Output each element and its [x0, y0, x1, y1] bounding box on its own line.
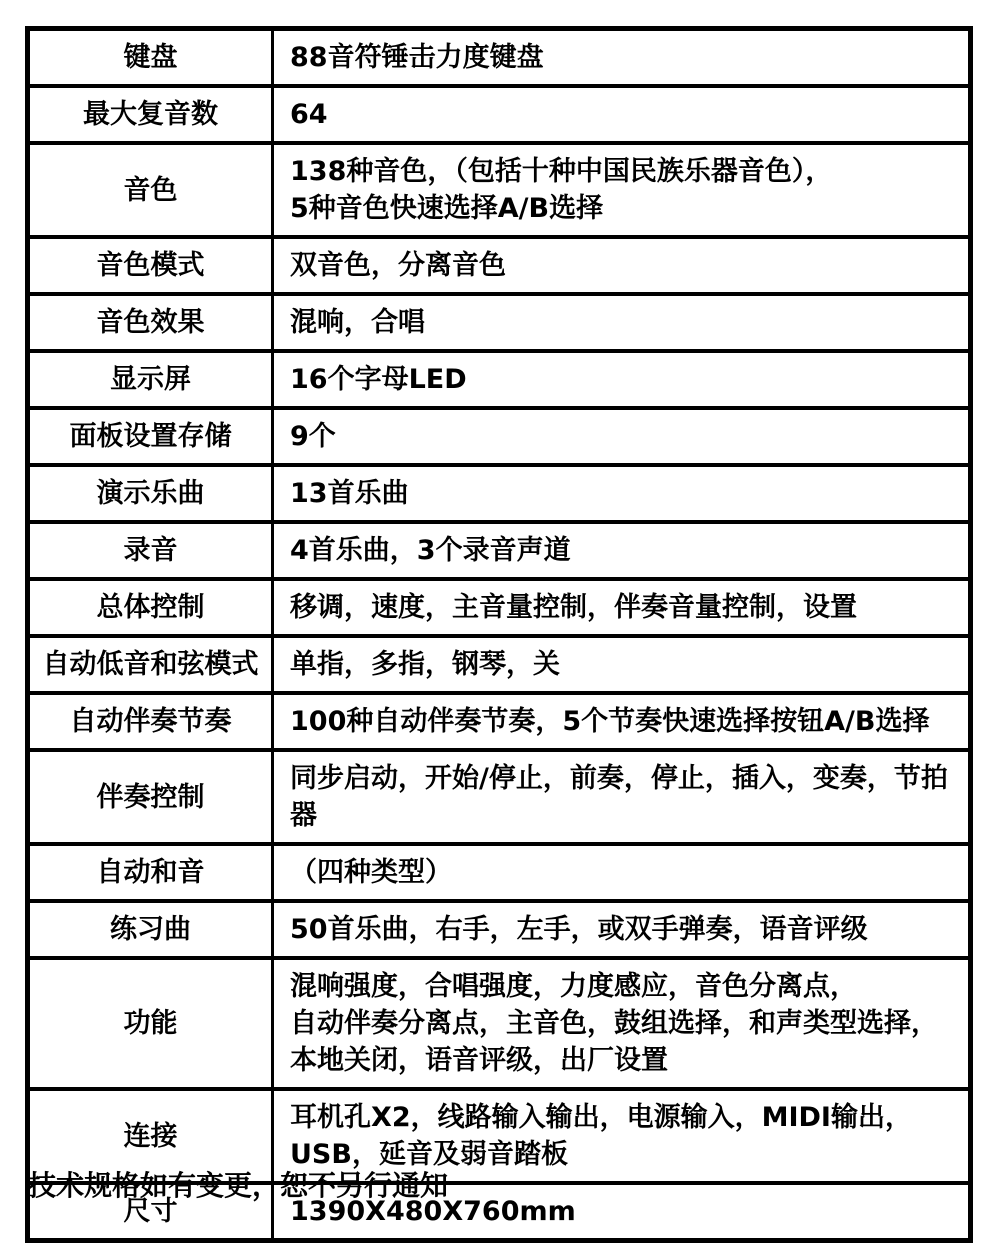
spec-value: 88音符锤击力度键盘 [273, 29, 971, 87]
spec-value: 100种自动伴奏节奏，5个节奏快速选择按钮A/B选择 [273, 693, 971, 750]
spec-value: 9个 [273, 408, 971, 465]
spec-sheet-page: 键盘 88音符锤击力度键盘 最大复音数 64 音色 138种音色，（包括十种中国… [0, 0, 1000, 1251]
table-row: 录音 4首乐曲，3个录音声道 [28, 522, 971, 579]
spec-label: 键盘 [28, 29, 273, 87]
table-row: 练习曲 50首乐曲，右手，左手，或双手弹奏，语音评级 [28, 901, 971, 958]
spec-value: 混响，合唱 [273, 294, 971, 351]
spec-label: 演示乐曲 [28, 465, 273, 522]
spec-label: 音色效果 [28, 294, 273, 351]
spec-label: 功能 [28, 958, 273, 1089]
spec-value: 13首乐曲 [273, 465, 971, 522]
spec-value: （四种类型） [273, 844, 971, 901]
spec-label: 练习曲 [28, 901, 273, 958]
table-row: 最大复音数 64 [28, 86, 971, 143]
spec-value: 4首乐曲，3个录音声道 [273, 522, 971, 579]
spec-value: 50首乐曲，右手，左手，或双手弹奏，语音评级 [273, 901, 971, 958]
spec-value: 双音色，分离音色 [273, 237, 971, 294]
footer-note: 技术规格如有变更，恕不另行通知 [28, 1168, 448, 1204]
table-row: 自动和音 （四种类型） [28, 844, 971, 901]
table-row: 总体控制 移调，速度，主音量控制，伴奏音量控制，设置 [28, 579, 971, 636]
spec-value: 移调，速度，主音量控制，伴奏音量控制，设置 [273, 579, 971, 636]
table-row: 音色模式 双音色，分离音色 [28, 237, 971, 294]
spec-label: 音色 [28, 143, 273, 237]
table-row: 音色 138种音色，（包括十种中国民族乐器音色）， 5种音色快速选择A/B选择 [28, 143, 971, 237]
spec-label: 自动伴奏节奏 [28, 693, 273, 750]
table-row: 自动低音和弦模式 单指，多指，钢琴，关 [28, 636, 971, 693]
spec-value: 单指，多指，钢琴，关 [273, 636, 971, 693]
spec-label: 伴奏控制 [28, 750, 273, 844]
table-row: 音色效果 混响，合唱 [28, 294, 971, 351]
table-row: 伴奏控制 同步启动，开始/停止，前奏，停止，插入，变奏，节拍器 [28, 750, 971, 844]
spec-label: 自动和音 [28, 844, 273, 901]
table-row: 演示乐曲 13首乐曲 [28, 465, 971, 522]
spec-label: 最大复音数 [28, 86, 273, 143]
spec-value: 同步启动，开始/停止，前奏，停止，插入，变奏，节拍器 [273, 750, 971, 844]
spec-value: 16个字母LED [273, 351, 971, 408]
table-row: 自动伴奏节奏 100种自动伴奏节奏，5个节奏快速选择按钮A/B选择 [28, 693, 971, 750]
spec-value: 混响强度，合唱强度，力度感应，音色分离点， 自动伴奏分离点，主音色，鼓组选择，和… [273, 958, 971, 1089]
table-row: 显示屏 16个字母LED [28, 351, 971, 408]
spec-label: 音色模式 [28, 237, 273, 294]
table-row: 面板设置存储 9个 [28, 408, 971, 465]
spec-label: 录音 [28, 522, 273, 579]
spec-label: 面板设置存储 [28, 408, 273, 465]
spec-table: 键盘 88音符锤击力度键盘 最大复音数 64 音色 138种音色，（包括十种中国… [25, 26, 973, 1243]
spec-value: 138种音色，（包括十种中国民族乐器音色）， 5种音色快速选择A/B选择 [273, 143, 971, 237]
table-row: 键盘 88音符锤击力度键盘 [28, 29, 971, 87]
spec-label: 显示屏 [28, 351, 273, 408]
spec-label: 自动低音和弦模式 [28, 636, 273, 693]
spec-label: 总体控制 [28, 579, 273, 636]
table-row: 功能 混响强度，合唱强度，力度感应，音色分离点， 自动伴奏分离点，主音色，鼓组选… [28, 958, 971, 1089]
spec-value: 64 [273, 86, 971, 143]
